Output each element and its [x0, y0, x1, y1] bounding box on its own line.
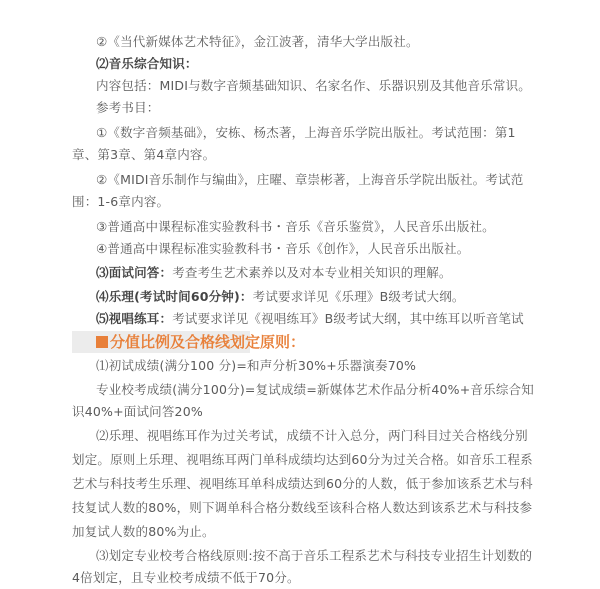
score-line-3: 识40%+面试问答20%	[72, 404, 203, 420]
rule-line-3: 艺术与科技考生乐理、视唱练耳单科成绩达到60分的人数，低于参加该系艺术与科	[72, 476, 533, 492]
interview-title: ⑶面试问答：	[96, 265, 172, 280]
section-heading-text: 分值比例及合格线划定原则：	[110, 333, 305, 351]
theory-title: ⑷乐理(考试时间60分钟)：	[96, 289, 253, 304]
subsection-music-knowledge: ⑵音乐综合知识：	[96, 56, 198, 72]
score-line-1: ⑴初试成绩(满分100 分)=和声分析30%+乐器演奏70%	[96, 358, 416, 374]
interview-item: ⑶面试问答：考查考生艺术素养以及对本专业相关知识的理解。	[96, 265, 452, 281]
subsection-title: ⑵音乐综合知识：	[96, 56, 198, 71]
threshold-line-2: 4倍划定，且专业校考成绩不低于70分。	[72, 570, 300, 586]
theory-text: 考试要求详见《乐理》B级考试大纲。	[253, 289, 465, 304]
rule-line-4: 技复试人数的80%，则下调单科合格分数线至该科合格人数达到该系艺术与科技参	[72, 500, 532, 516]
content-description: 内容包括：MIDI与数字音频基础知识、名家名作、乐器识别及其他音乐常识。	[96, 78, 531, 94]
book-ref-2: ②《当代新媒体艺术特征》，金江波著，清华大学出版社。	[96, 34, 419, 50]
solfege-text: 考试要求详见《视唱练耳》B级考试大纲，其中练耳以听音笔试	[172, 311, 524, 326]
reference-2: ②《MIDI音乐制作与编曲》，庄曜、章崇彬著，上海音乐学院出版社。考试范	[96, 172, 523, 188]
reference-1-cont: 章、第3章、第4章内容。	[72, 147, 215, 163]
document-page: ②《当代新媒体艺术特征》，金江波著，清华大学出版社。 ⑵音乐综合知识： 内容包括…	[0, 0, 600, 589]
reference-1: ①《数字音频基础》，安栋、杨杰著，上海音乐学院出版社。考试范围：第1	[96, 125, 516, 141]
rule-line-2: 划定。原则上乐理、视唱练耳两门单科成绩均达到60分为过关合格。如音乐工程系	[72, 452, 533, 468]
threshold-line-1: ⑶划定专业校考合格线原则:按不高于音乐工程系艺术与科技专业招生计划数的	[96, 548, 532, 564]
reference-2-cont: 围：1-6章内容。	[72, 194, 169, 210]
theory-item: ⑷乐理(考试时间60分钟)：考试要求详见《乐理》B级考试大纲。	[96, 289, 465, 305]
score-line-2: 专业校考成绩(满分100分)=复试成绩=新媒体艺术作品分析40%+音乐综合知	[96, 382, 534, 398]
interview-text: 考查考生艺术素养以及对本专业相关知识的理解。	[172, 265, 451, 280]
rule-line-5: 加复试人数的80%为止。	[72, 524, 215, 540]
section-heading: 分值比例及合格线划定原则：	[96, 333, 305, 351]
solfege-title: ⑸视唱练耳：	[96, 311, 172, 326]
rule-line-1: ⑵乐理、视唱练耳作为过关考试，成绩不计入总分，两门科目过关合格线分别	[96, 428, 528, 444]
reference-4: ④普通高中课程标准实验教科书・音乐《创作》，人民音乐出版社。	[96, 241, 469, 257]
solfege-item: ⑸视唱练耳：考试要求详见《视唱练耳》B级考试大纲，其中练耳以听音笔试	[96, 311, 524, 327]
references-label: 参考书目：	[96, 100, 160, 116]
square-bullet-icon	[96, 336, 108, 348]
reference-3: ③普通高中课程标准实验教科书・音乐《音乐鉴赏》，人民音乐出版社。	[96, 219, 495, 235]
